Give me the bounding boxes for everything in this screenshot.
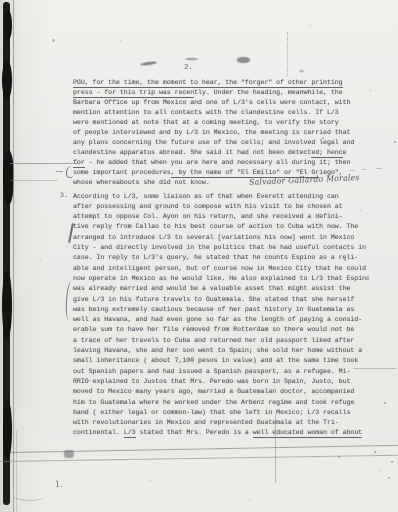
speck xyxy=(391,461,393,463)
vertical-line-artifact xyxy=(275,414,276,483)
typed-line: give L/3 in his future travels to Guatem… xyxy=(73,295,369,305)
typed-line: PGU, for the time, the moment to hear, t… xyxy=(73,78,369,88)
typed-line: attempt to oppose Col. Ayon on his retur… xyxy=(73,212,369,222)
typed-line: was already married and would be a valua… xyxy=(73,284,369,294)
scan-line-artifact xyxy=(10,163,78,164)
typed-line: was being extremely cautious because of … xyxy=(73,305,369,315)
paragraph-2-number: 3. xyxy=(60,192,68,199)
bottom-margin-mark: 1. xyxy=(55,480,63,490)
speck xyxy=(338,456,340,458)
typed-line: able and intelligent person, but of cour… xyxy=(73,264,369,274)
pen-dash xyxy=(56,171,63,172)
smudge-mark xyxy=(64,450,74,458)
typed-line: continental. L/3 stated that Mrs. Peredo… xyxy=(73,428,369,438)
typed-line: after possessing and ground to compose w… xyxy=(73,202,369,212)
typed-line: him to Guatemala where he worked under t… xyxy=(73,398,369,408)
typed-line: band ( either legal or common-law) that … xyxy=(73,408,369,418)
typed-line: of people interviewed and by L/3 in Mexi… xyxy=(73,128,369,138)
typed-line: a trace of her travels to Cuba and retur… xyxy=(73,336,369,346)
typed-line: any plans concerning the future use of t… xyxy=(73,138,369,148)
typed-line: with revolutionaries in Mexico and repre… xyxy=(73,418,369,428)
typed-line: out Spanish papers and had issued a Span… xyxy=(73,367,369,377)
pen-dash xyxy=(376,168,382,169)
typed-line: moved to Mexico many years ago, married … xyxy=(73,387,369,397)
typed-line: arranged to introduce L/3 to several [va… xyxy=(73,233,369,243)
typed-line: case. In reply to L/3's query, he stated… xyxy=(73,253,369,263)
pen-dash xyxy=(362,169,366,170)
typed-line: small inheritance ( about 7,100 pesos in… xyxy=(73,356,369,366)
speck xyxy=(322,137,324,139)
typed-line: for - he added that when you are here an… xyxy=(73,158,369,168)
typed-line: press - for this trip was recently. Unde… xyxy=(73,88,369,98)
typed-line: According to L/3, some liaison as of tha… xyxy=(73,192,369,202)
speck xyxy=(394,141,396,143)
typed-line: leaving Havana, she and her son went to … xyxy=(73,346,369,356)
typed-line: tive reply from Callao to his best cours… xyxy=(73,222,369,232)
scan-line-artifact xyxy=(353,368,396,369)
typed-line: now operate in Mexico as he would like. … xyxy=(73,274,369,284)
speck xyxy=(374,451,376,453)
typed-line: Barbara Office up from Mexico and one of… xyxy=(73,98,369,108)
speck xyxy=(344,259,346,261)
scanned-document-page: 2. PGU, for the time, the moment to hear… xyxy=(0,0,398,512)
typed-line: were mentioned at note that at a coming … xyxy=(73,118,369,128)
speck xyxy=(384,402,386,404)
typed-line: well as Havana, and had even gone so far… xyxy=(73,315,369,325)
speck xyxy=(388,477,390,479)
typed-text-block: PGU, for the time, the moment to hear, t… xyxy=(0,0,398,512)
typed-line: City - and directly involved in the poli… xyxy=(73,243,369,253)
typed-line: clandestine apparatus abroad. She said i… xyxy=(73,148,369,158)
pen-dash xyxy=(350,170,355,171)
typed-line: erable sum to have her file removed from… xyxy=(73,325,369,335)
scan-line-artifact xyxy=(10,180,58,181)
speck xyxy=(346,287,348,289)
typed-line: RRIO explained to Justos that Mrs. Pered… xyxy=(73,377,369,387)
typed-line: mention attention to all contacts with t… xyxy=(73,108,369,118)
paper-noise xyxy=(0,0,1,1)
